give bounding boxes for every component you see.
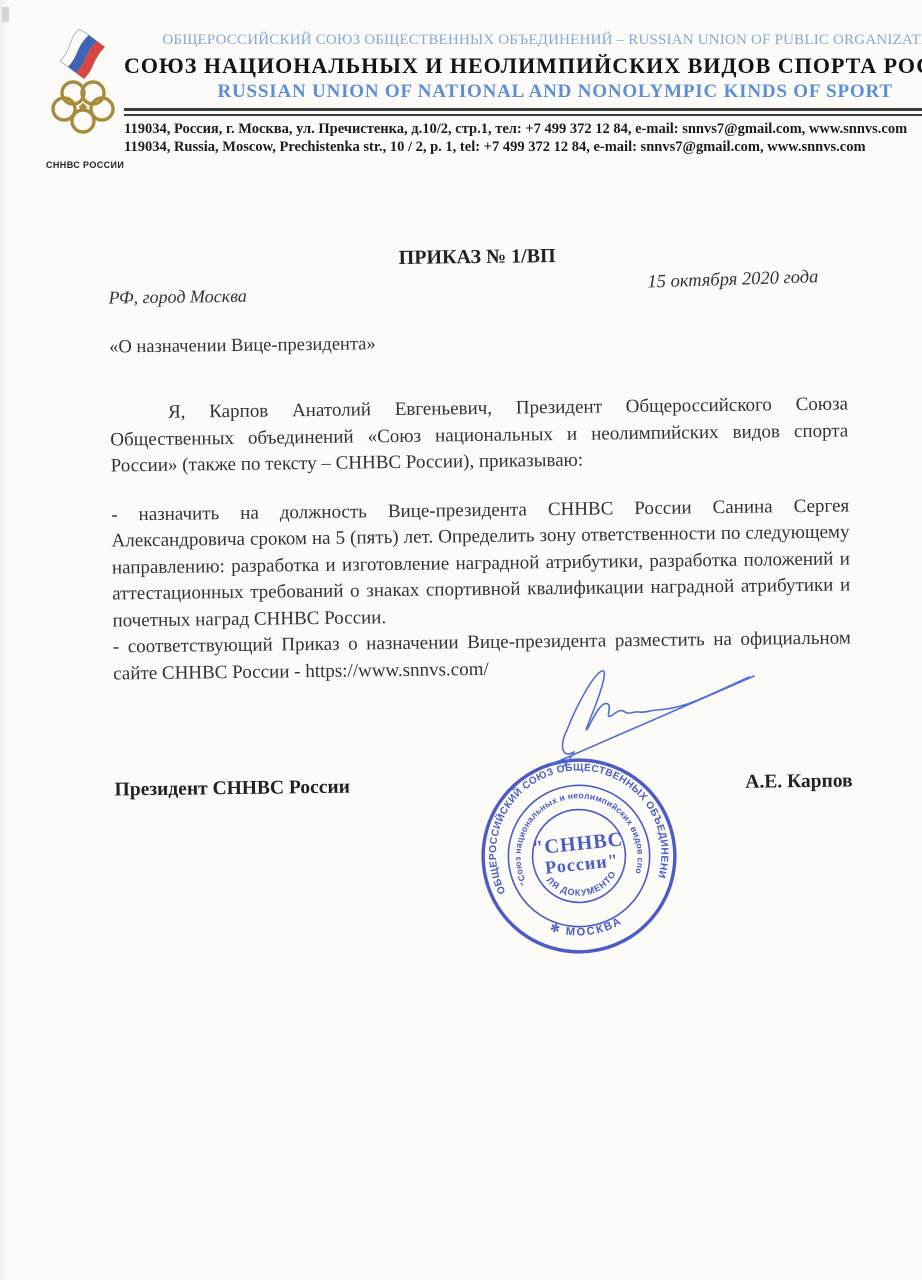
org-name-line-3: RUSSIAN UNION OF NATIONAL AND NONOLYMPIC… [124,81,922,103]
handwritten-signature-icon [548,660,760,772]
paragraph-order-item-1: - назначить на должность Вице-президента… [111,493,851,635]
address-line-ru: 119034, Россия, г. Москва, ул. Пречистен… [124,120,922,138]
letterhead-text: ОБЩЕРОССИЙСКИЙ СОЮЗ ОБЩЕСТВЕННЫХ ОБЪЕДИН… [124,26,922,170]
signer-position-title: Президент СННВС России [114,777,350,802]
letterhead: СННВС РОССИИ ОБЩЕРОССИЙСКИЙ СОЮЗ ОБЩЕСТВ… [46,26,916,170]
document-meta-row: РФ, город Москва 15 октября 2020 года [108,278,846,313]
organization-logo: СННВС РОССИИ [46,26,120,170]
scanned-order-document: СННВС РОССИИ ОБЩЕРОССИЙСКИЙ СОЮЗ ОБЩЕСТВ… [0,0,922,1280]
document-title: ПРИКАЗ № 1/ВП [108,241,846,273]
snnvs-logo-icon [46,26,120,154]
signer-name: А.Е. Карпов [745,770,852,793]
logo-caption: СННВС РОССИИ [46,160,120,170]
document-subject: «О назначении Вице-президента» [109,328,847,358]
olympic-rings-icon [53,82,113,132]
stamp-city-text: ✻ МОСКВА [548,914,626,942]
scan-artifact [2,7,9,22]
scan-edge-shadow [0,0,8,1280]
address-line-en: 119034, Russia, Moscow, Prechistenka str… [124,138,922,156]
letterhead-divider-rule [124,108,922,116]
org-name-line-1: ОБЩЕРОССИЙСКИЙ СОЮЗ ОБЩЕСТВЕННЫХ ОБЪЕДИН… [124,32,922,49]
paragraph-preamble: Я, Карпов Анатолий Евгеньевич, Президент… [110,391,849,480]
org-name-line-2: СОЮЗ НАЦИОНАЛЬНЫХ И НЕОЛИМПИЙСКИХ ВИДОВ … [124,53,922,79]
flag-ribbon-icon [60,29,105,79]
document-place: РФ, город Москва [108,286,246,308]
document-date: 15 октября 2020 года [647,267,819,293]
